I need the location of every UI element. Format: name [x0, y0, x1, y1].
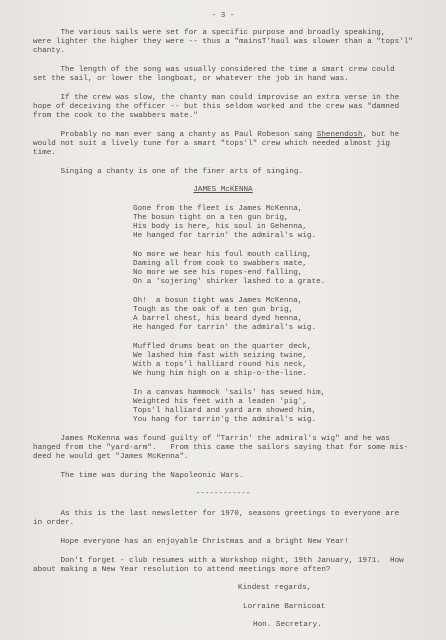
poem-line: He hanged for tarrin' the admiral's wig. [133, 232, 316, 241]
poem-line: We hung him high on a ship-o-the-line. [133, 370, 307, 379]
poem-line: Oh! a bosun tight was James McKenna, [133, 297, 302, 306]
paragraph-line: Probably no man ever sang a chanty as Pa… [33, 131, 399, 140]
signature-name: Lorraine Barnicoat [243, 603, 325, 612]
paragraph-line: were lighter the higher they were -- thu… [33, 38, 413, 47]
poem-line: We lashed him fast with seizing twine, [133, 352, 307, 361]
poem-line: Tops'l halliard and yard arm showed him, [133, 407, 316, 416]
closing: Kindest regards, [238, 584, 311, 593]
song-title: Shenendosh [317, 131, 363, 139]
poem-line: A barrel chest, his beard dyed henna, [133, 315, 302, 324]
paragraph-line: If the crew was slow, the chanty man cou… [33, 94, 399, 103]
paragraph-line: The time was during the Napoleonic Wars. [33, 472, 244, 481]
paragraph-line: Don't forget - club resumes with a Works… [33, 557, 404, 566]
paragraph-line: The length of the song was usually consi… [33, 66, 395, 75]
paragraph-line: James McKenna was found guilty of "Tarri… [33, 435, 390, 444]
paragraph-line: in order. [33, 519, 74, 528]
paragraph-line: Singing a chanty is one of the finer art… [33, 168, 303, 177]
paragraph-line: hanged from the "yard-arm". From this ca… [33, 444, 408, 453]
poem-line: With a tops'l halliard round his neck, [133, 361, 307, 370]
poem-line: On a 'sojering' shirker lashed to a grat… [133, 278, 325, 287]
page-number: - 3 - [0, 12, 446, 21]
typed-page: - 3 - The various sails were set for a s… [0, 0, 446, 640]
poem-line: Weighted his feet with a leaden 'pig', [133, 398, 307, 407]
signature-title: Hon. Secretary. [253, 621, 322, 630]
poem-line: You hang for tarrin'g the admiral's wig. [133, 416, 316, 425]
paragraph-line: hope of deceiving the officer -- but thi… [33, 103, 399, 112]
paragraph-line: As this is the last newsletter for 1970,… [33, 510, 399, 519]
poem-line: No more we hear his foul mouth calling, [133, 251, 312, 260]
poem-line: Tough as the oak of a ten gun brig, [133, 306, 293, 315]
poem-line: In a canvas hammock 'sails' has sewed hi… [133, 389, 325, 398]
poem-line: Daming all from cook to swabbers mate, [133, 260, 307, 269]
paragraph-line: from the cook to the swabbers mate." [33, 112, 198, 121]
poem-line: His body is here, his soul in Gehenna, [133, 223, 307, 232]
paragraph-line: time. [33, 149, 56, 158]
poem-title: JAMES McKENNA [0, 186, 446, 195]
paragraph-line: set the sail, or lower the longboat, or … [33, 75, 349, 84]
section-separator: ------------ [0, 490, 446, 499]
poem-line: Muffled drums beat on the quarter deck, [133, 343, 312, 352]
paragraph-line: would not suit a lively tune for a smart… [33, 140, 390, 149]
paragraph-line: Hope everyone has an enjoyable Christmas… [33, 538, 349, 547]
paragraph-line: The various sails were set for a specifi… [33, 29, 385, 38]
poem-line: He hanged for tarrin' the admiral's wig. [133, 324, 316, 333]
poem-line: No more we see his ropes-end falling, [133, 269, 302, 278]
poem-line: The bosun tight on a ten gun brig, [133, 214, 289, 223]
paragraph-line: deed he would get "James McKenna". [33, 453, 189, 462]
poem-line: Gone from the fleet is James McKenna, [133, 205, 302, 214]
paragraph-line: chanty. [33, 47, 65, 56]
paragraph-line: about making a New Year resolution to at… [33, 566, 331, 575]
